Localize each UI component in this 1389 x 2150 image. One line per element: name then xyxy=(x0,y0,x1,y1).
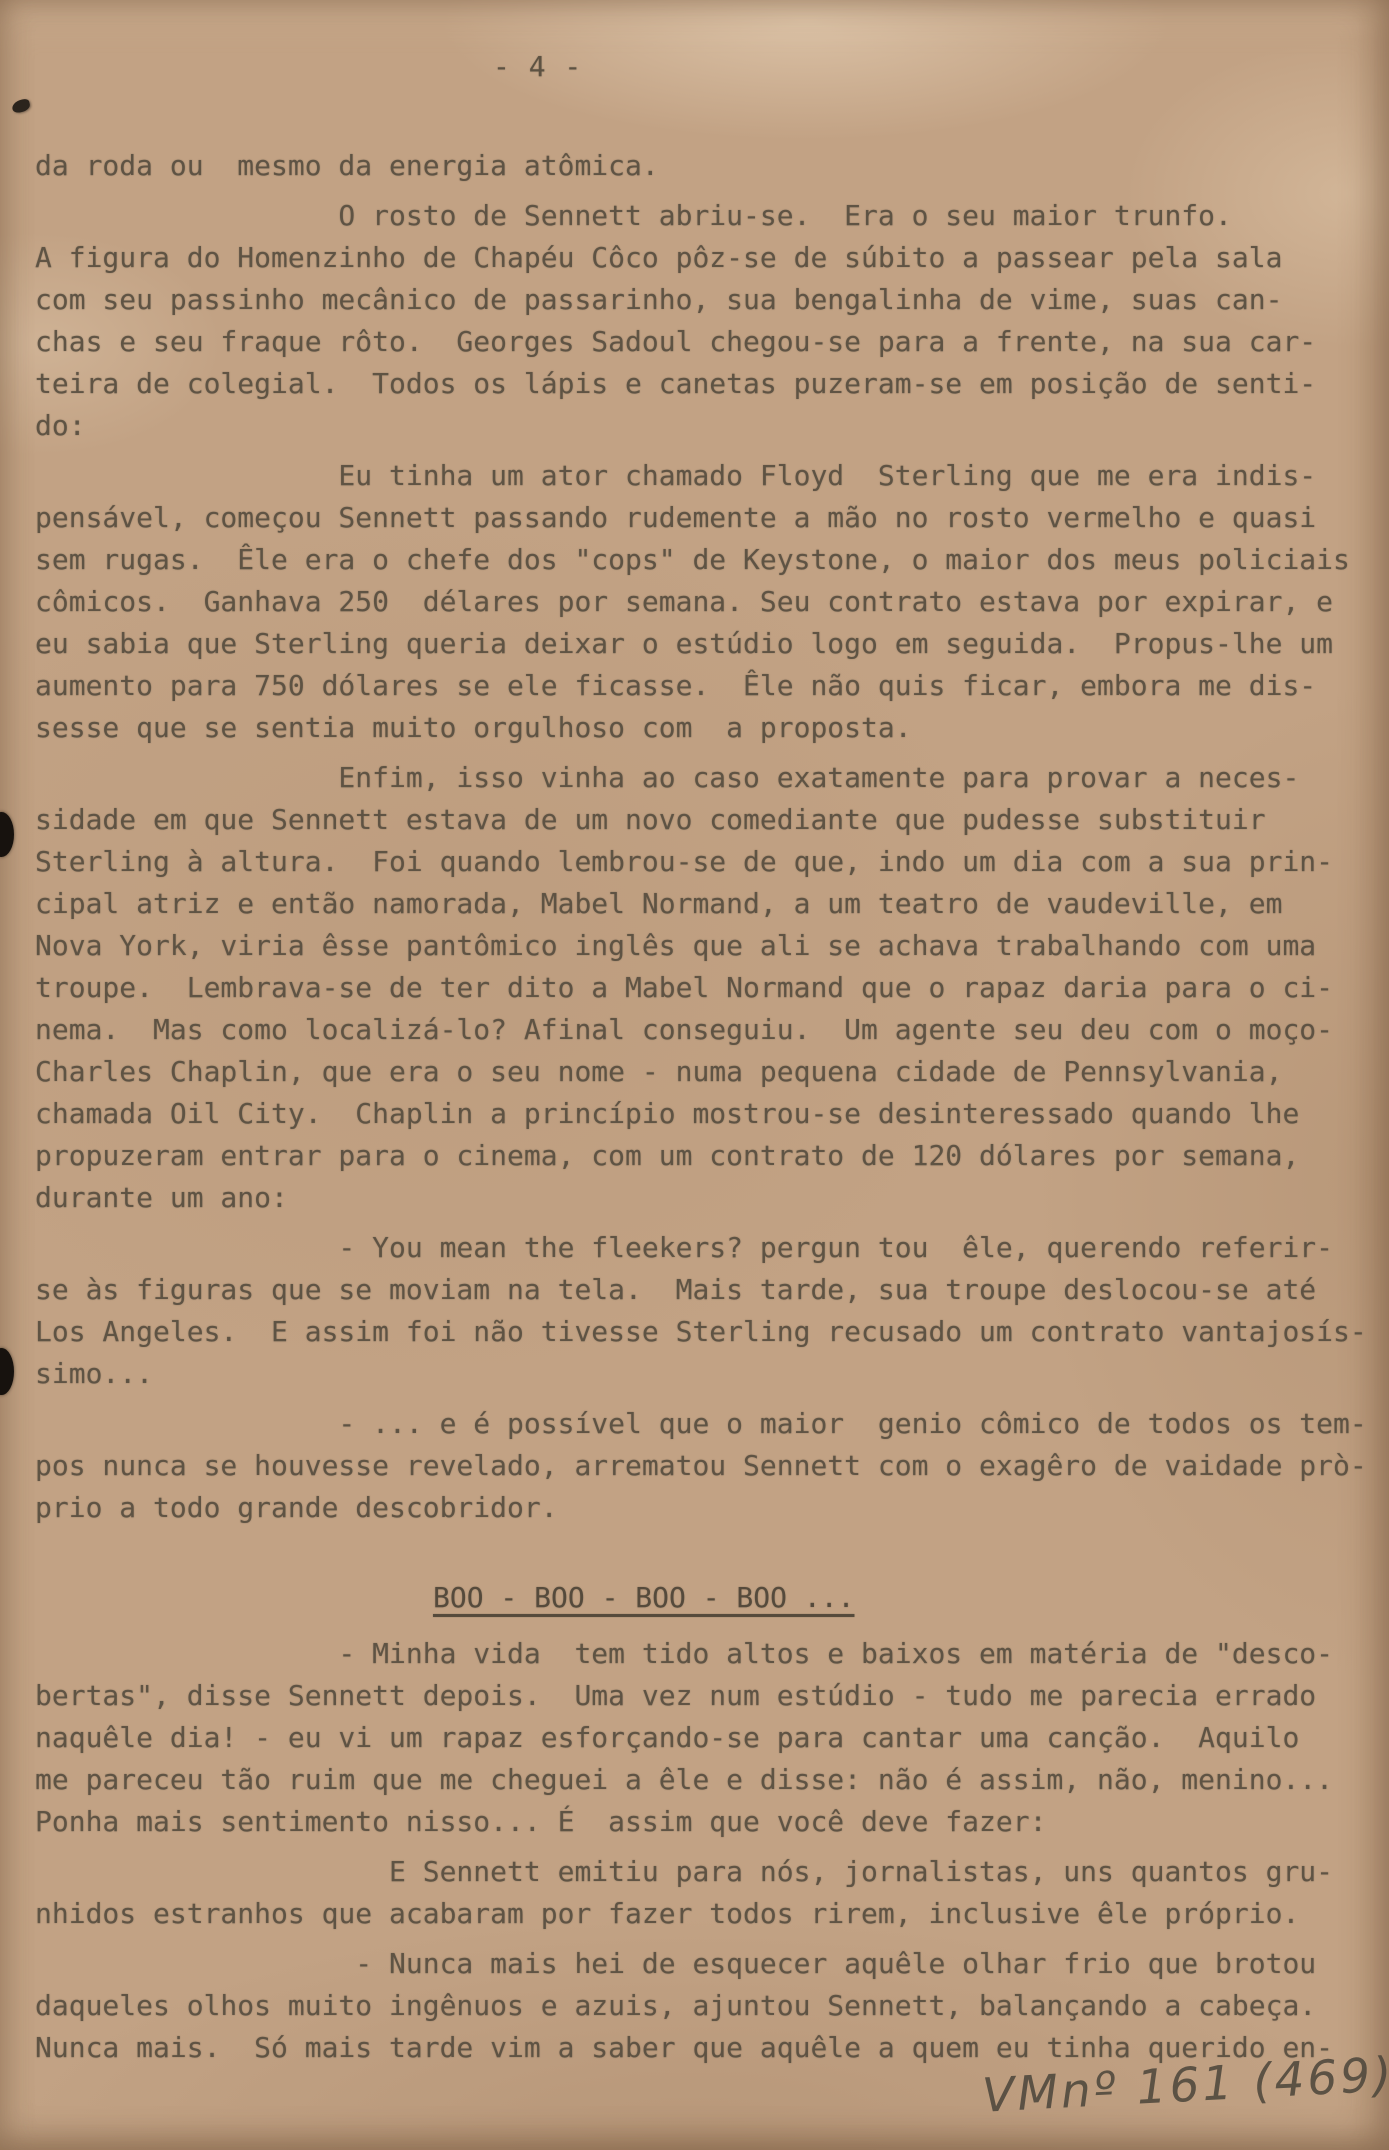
paragraph: - ... e é possível que o maior genio côm… xyxy=(35,1403,1389,1529)
text-line: Nova York, viria êsse pantômico inglês q… xyxy=(35,925,1389,967)
text-line: nema. Mas como localizá-lo? Afinal conse… xyxy=(35,1009,1389,1051)
text-line: naquêle dia! - eu vi um rapaz esforçando… xyxy=(35,1717,1389,1759)
text-line: A figura do Homenzinho de Chapéu Côco pô… xyxy=(35,237,1389,279)
ink-speck xyxy=(11,98,31,114)
text-line: do: xyxy=(35,405,1389,447)
text-line: me pareceu tão ruim que me cheguei a êle… xyxy=(35,1759,1389,1801)
text-line: Charles Chaplin, que era o seu nome - nu… xyxy=(35,1051,1389,1093)
typewritten-text: da roda ou mesmo da energia atômica. O r… xyxy=(0,145,1389,2077)
paragraph: - You mean the fleekers? pergun tou êle,… xyxy=(35,1227,1389,1395)
text-line: durante um ano: xyxy=(35,1177,1389,1219)
text-line: chamada Oil City. Chaplin a princípio mo… xyxy=(35,1093,1389,1135)
text-line: pos nunca se houvesse revelado, arremato… xyxy=(35,1445,1389,1487)
paragraph: E Sennett emitiu para nós, jornalistas, … xyxy=(35,1851,1389,1935)
text-line: da roda ou mesmo da energia atômica. xyxy=(35,145,1389,187)
text-line: simo... xyxy=(35,1353,1389,1395)
text-line: - ... e é possível que o maior genio côm… xyxy=(35,1403,1389,1445)
text-line: pensável, começou Sennett passando rudem… xyxy=(35,497,1389,539)
page-number: - 4 - xyxy=(493,50,582,83)
text-line: prio a todo grande descobridor. xyxy=(35,1487,1389,1529)
text-line: sem rugas. Êle era o chefe dos "cops" de… xyxy=(35,539,1389,581)
paragraph: - Minha vida tem tido altos e baixos em … xyxy=(35,1633,1389,1843)
text-line: teira de colegial. Todos os lápis e cane… xyxy=(35,363,1389,405)
text-line: daqueles olhos muito ingênuos e azuis, a… xyxy=(35,1985,1389,2027)
text-line: sesse que se sentia muito orgulhoso com … xyxy=(35,707,1389,749)
text-line: nhidos estranhos que acabaram por fazer … xyxy=(35,1893,1389,1935)
scanned-page: - 4 - da roda ou mesmo da energia atômic… xyxy=(0,0,1389,2150)
text-line: cipal atriz e então namorada, Mabel Norm… xyxy=(35,883,1389,925)
paragraph: O rosto de Sennett abriu-se. Era o seu m… xyxy=(35,195,1389,447)
text-line: chas e seu fraque rôto. Georges Sadoul c… xyxy=(35,321,1389,363)
text-line: com seu passinho mecânico de passarinho,… xyxy=(35,279,1389,321)
text-line: sidade em que Sennett estava de um novo … xyxy=(35,799,1389,841)
text-line: Ponha mais sentimento nisso... É assim q… xyxy=(35,1801,1389,1843)
text-line: E Sennett emitiu para nós, jornalistas, … xyxy=(35,1851,1389,1893)
text-line: - Minha vida tem tido altos e baixos em … xyxy=(35,1633,1389,1675)
text-line: propuzeram entrar para o cinema, com um … xyxy=(35,1135,1389,1177)
text-line: O rosto de Sennett abriu-se. Era o seu m… xyxy=(35,195,1389,237)
section-heading: BOO - BOO - BOO - BOO ... xyxy=(35,1577,1389,1619)
paragraph: - Nunca mais hei de esquecer aquêle olha… xyxy=(35,1943,1389,2069)
text-line: Eu tinha um ator chamado Floyd Sterling … xyxy=(35,455,1389,497)
text-line: BOO - BOO - BOO - BOO ... xyxy=(35,1577,1389,1619)
text-line: troupe. Lembrava-se de ter dito a Mabel … xyxy=(35,967,1389,1009)
text-line: Enfim, isso vinha ao caso exatamente par… xyxy=(35,757,1389,799)
paragraph: Enfim, isso vinha ao caso exatamente par… xyxy=(35,757,1389,1219)
text-line: bertas", disse Sennett depois. Uma vez n… xyxy=(35,1675,1389,1717)
text-line: - Nunca mais hei de esquecer aquêle olha… xyxy=(35,1943,1389,1985)
text-line: Sterling à altura. Foi quando lembrou-se… xyxy=(35,841,1389,883)
paragraph: da roda ou mesmo da energia atômica. xyxy=(35,145,1389,187)
text-line: aumento para 750 dólares se ele ficasse.… xyxy=(35,665,1389,707)
text-line: Los Angeles. E assim foi não tivesse Ste… xyxy=(35,1311,1389,1353)
paragraph: Eu tinha um ator chamado Floyd Sterling … xyxy=(35,455,1389,749)
text-line: eu sabia que Sterling queria deixar o es… xyxy=(35,623,1389,665)
text-line: cômicos. Ganhava 250 délares por semana.… xyxy=(35,581,1389,623)
text-line: se às figuras que se moviam na tela. Mai… xyxy=(35,1269,1389,1311)
text-line: - You mean the fleekers? pergun tou êle,… xyxy=(35,1227,1389,1269)
